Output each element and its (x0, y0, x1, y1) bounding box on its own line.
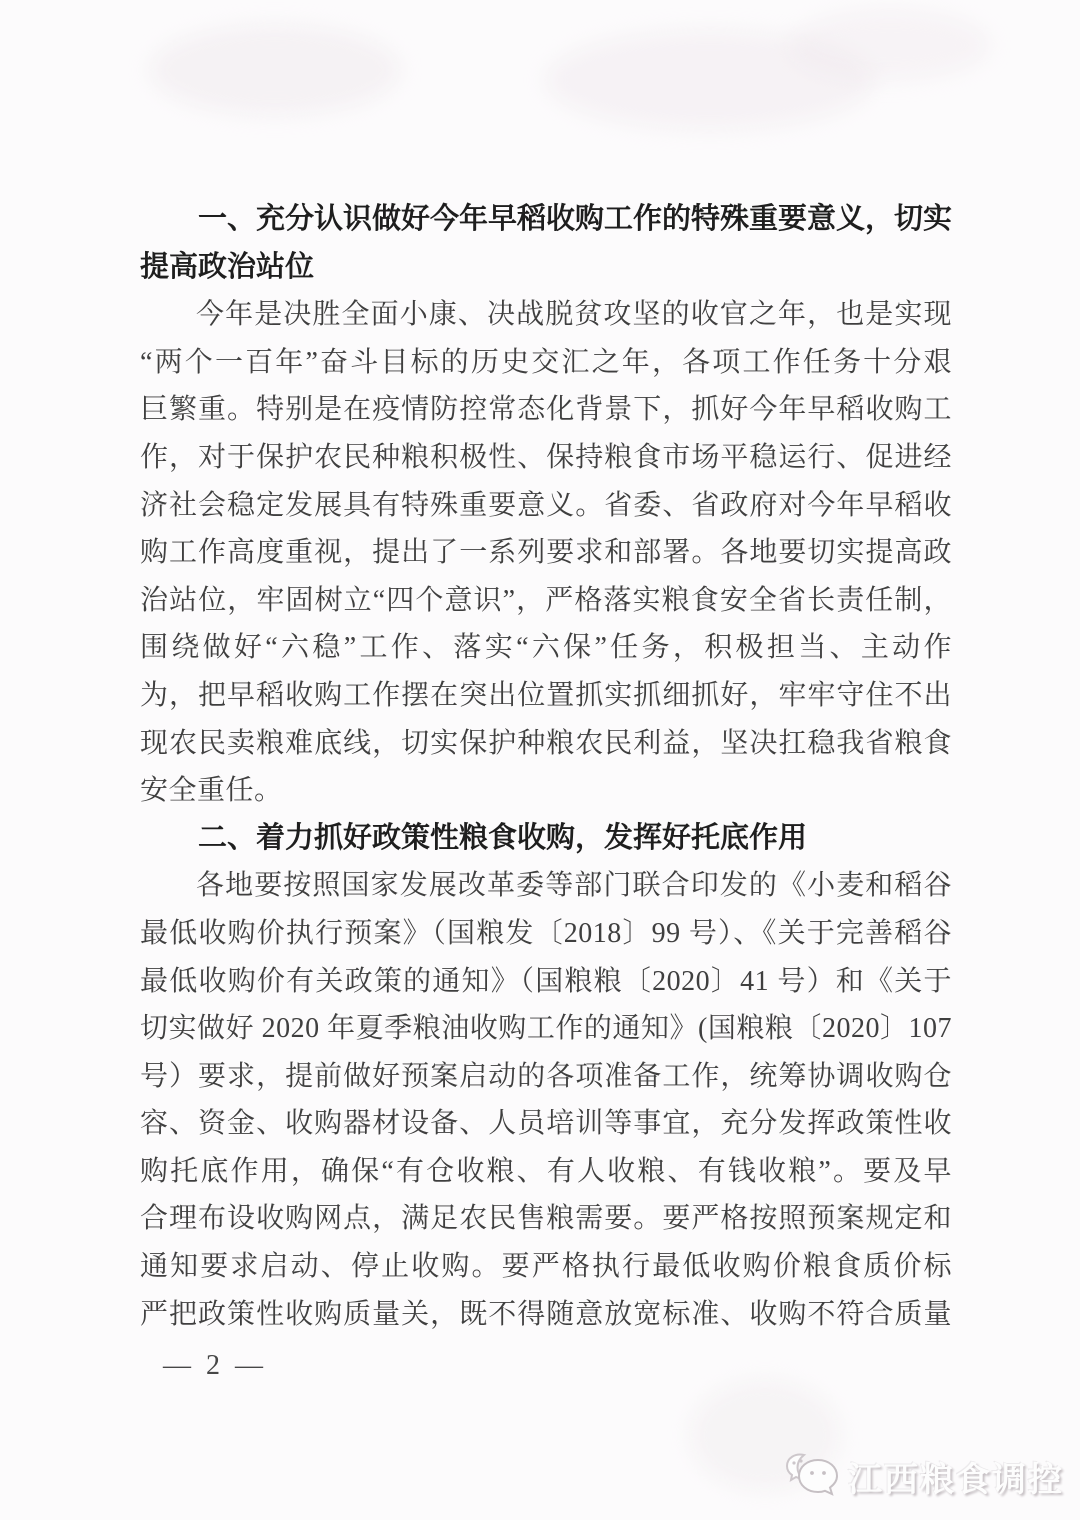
paragraph-1-line: 为，把早稻收购工作摆在突出位置抓实抓细抓好，牢牢守住不出 (140, 672, 952, 720)
paragraph-1-line: 安全重任。 (140, 767, 952, 815)
paragraph-1-line: 购工作高度重视，提出了一系列要求和部署。各地要切实提高政 (140, 529, 952, 577)
section-2-heading-line: 二、着力抓好政策性粮食收购，发挥好托底作用 (140, 815, 952, 863)
page-number: — 2 — (163, 1350, 267, 1382)
paragraph-2-line: 严把政策性收购质量关，既不得随意放宽标准、收购不符合质量 (140, 1291, 952, 1339)
paragraph-1-line: 围绕做好“六稳”工作、落实“六保”任务，积极担当、主动作 (140, 624, 952, 672)
document-page: 一、充分认识做好今年早稻收购工作的特殊重要意义，切实 提高政治站位 今年是决胜全… (0, 0, 1080, 1520)
paragraph-2-line: 最低收购价有关政策的通知》（国粮粮〔2020〕41 号）和《关于 (140, 958, 952, 1006)
scan-smudge (150, 25, 400, 115)
paragraph-2-line: 购托底作用，确保“有仓收粮、有人收粮、有钱收粮”。要及早 (140, 1148, 952, 1196)
paragraph-2-line: 切实做好 2020 年夏季粮油收购工作的通知》(国粮粮〔2020〕107 (140, 1005, 952, 1053)
section-1-heading-line: 一、充分认识做好今年早稻收购工作的特殊重要意义，切实 (140, 196, 952, 244)
watermark: 江西粮食调控 (782, 1450, 1064, 1502)
paragraph-2-line: 各地要按照国家发展改革委等部门联合印发的《小麦和稻谷 (140, 862, 952, 910)
paragraph-1-line: 作，对于保护农民种粮积极性、保持粮食市场平稳运行、促进经 (140, 434, 952, 482)
watermark-text: 江西粮食调控 (848, 1452, 1064, 1501)
paragraph-2-line: 最低收购价执行预案》（国粮发〔2018〕99 号）、《关于完善稻谷 (140, 910, 952, 958)
wechat-icon (782, 1450, 840, 1502)
scan-smudge (545, 30, 875, 130)
scan-smudge (790, 10, 990, 80)
paragraph-2-line: 号）要求，提前做好预案启动的各项准备工作，统筹协调收购仓 (140, 1053, 952, 1101)
paragraph-1-line: 治站位，牢固树立“四个意识”，严格落实粮食安全省长责任制， (140, 577, 952, 625)
paragraph-1-line: 现农民卖粮难底线，切实保护种粮农民利益，坚决扛稳我省粮食 (140, 720, 952, 768)
section-1-heading-line: 提高政治站位 (140, 244, 952, 292)
paragraph-2-line: 通知要求启动、停止收购。要严格执行最低收购价粮食质价标准， (140, 1243, 952, 1291)
paragraph-1-line: “两个一百年”奋斗目标的历史交汇之年，各项工作任务十分艰 (140, 339, 952, 387)
paragraph-1-line: 今年是决胜全面小康、决战脱贫攻坚的收官之年，也是实现 (140, 291, 952, 339)
paragraph-1-line: 巨繁重。特别是在疫情防控常态化背景下，抓好今年早稻收购工 (140, 386, 952, 434)
document-body: 一、充分认识做好今年早稻收购工作的特殊重要意义，切实 提高政治站位 今年是决胜全… (140, 196, 952, 1338)
paragraph-1-line: 济社会稳定发展具有特殊重要意义。省委、省政府对今年早稻收 (140, 482, 952, 530)
paragraph-2-line: 合理布设收购网点，满足农民售粮需要。要严格按照预案规定和 (140, 1195, 952, 1243)
paragraph-2-line: 容、资金、收购器材设备、人员培训等事宜，充分发挥政策性收 (140, 1100, 952, 1148)
